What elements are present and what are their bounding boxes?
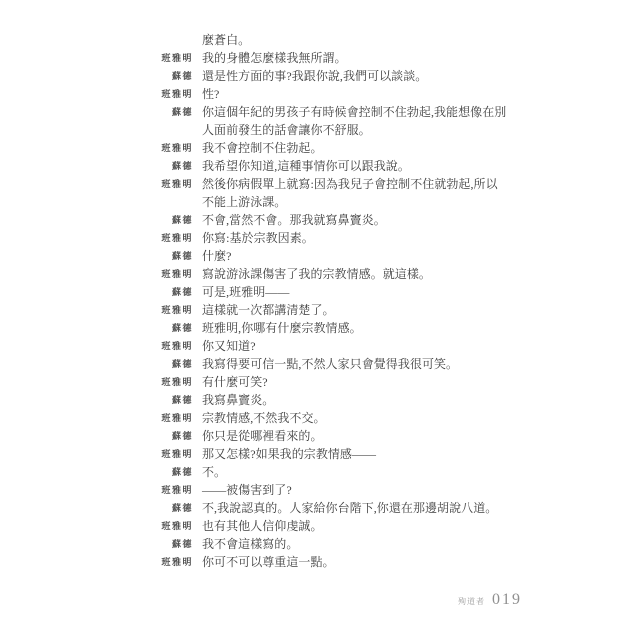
speaker-label: 蘇德 xyxy=(140,535,193,553)
dialogue-row: 麼蒼白。 xyxy=(140,31,560,49)
speaker-label: 班雅明 xyxy=(140,373,193,391)
speaker-label: 班雅明 xyxy=(140,49,193,67)
dialogue-row: 班雅明這樣就一次都講清楚了。 xyxy=(140,301,560,319)
dialogue-row: 班雅明你寫:基於宗教因素。 xyxy=(140,229,560,247)
speaker-label: 班雅明 xyxy=(140,301,193,319)
dialogue-text: 你寫:基於宗教因素。 xyxy=(202,229,558,247)
dialogue-text: 這樣就一次都講清楚了。 xyxy=(202,301,558,319)
dialogue-row: 蘇德什麼? xyxy=(140,247,560,265)
speaker-label: 蘇德 xyxy=(140,499,193,517)
speaker-label: 班雅明 xyxy=(140,553,193,571)
speaker-label: 班雅明 xyxy=(140,337,193,355)
dialogue-text: 我希望你知道,這種事情你可以跟我說。 xyxy=(202,157,558,175)
dialogue-row: 班雅明你又知道? xyxy=(140,337,560,355)
dialogue-row: 班雅明然後你病假單上就寫:因為我兒子會控制不住就勃起,所以 不能上游泳課。 xyxy=(140,175,560,211)
dialogue-row: 蘇德我希望你知道,這種事情你可以跟我說。 xyxy=(140,157,560,175)
dialogue-row: 蘇德你只是從哪裡看來的。 xyxy=(140,427,560,445)
dialogue-text: 你這個年紀的男孩子有時候會控制不住勃起,我能想像在別 人面前發生的話會讓你不舒服… xyxy=(202,103,558,139)
dialogue-text: 然後你病假單上就寫:因為我兒子會控制不住就勃起,所以 不能上游泳課。 xyxy=(202,175,558,211)
dialogue-text: 我不會這樣寫的。 xyxy=(202,535,558,553)
dialogue-row: 班雅明那又怎樣?如果我的宗教情感—— xyxy=(140,445,560,463)
dialogue-row: 班雅明寫說游泳課傷害了我的宗教情感。就這樣。 xyxy=(140,265,560,283)
dialogue-text: 不,我說認真的。人家給你台階下,你還在那邊胡說八道。 xyxy=(202,499,558,517)
book-title-footer: 殉道者 xyxy=(458,596,485,607)
dialogue-row: 班雅明宗教情感,不然我不交。 xyxy=(140,409,560,427)
book-page: 麼蒼白。 班雅明我的身體怎麼樣我無所謂。 蘇德還是性方面的事?我跟你說,我們可以… xyxy=(0,0,640,640)
dialogue-text: 可是,班雅明—— xyxy=(202,283,558,301)
dialogue-block: 麼蒼白。 班雅明我的身體怎麼樣我無所謂。 蘇德還是性方面的事?我跟你說,我們可以… xyxy=(140,31,560,571)
dialogue-text: 不。 xyxy=(202,463,558,481)
dialogue-row: 蘇德我寫得要可信一點,不然人家只會覺得我很可笑。 xyxy=(140,355,560,373)
dialogue-text: 我寫得要可信一點,不然人家只會覺得我很可笑。 xyxy=(202,355,558,373)
dialogue-text: 麼蒼白。 xyxy=(202,31,558,49)
speaker-label: 班雅明 xyxy=(140,175,193,193)
dialogue-row: 班雅明也有其他人信仰虔誠。 xyxy=(140,517,560,535)
page-footer: 殉道者 019 xyxy=(458,591,522,609)
speaker-label: 蘇德 xyxy=(140,247,193,265)
speaker-label: 蘇德 xyxy=(140,157,193,175)
dialogue-text: 班雅明,你哪有什麼宗教情感。 xyxy=(202,319,558,337)
speaker-label: 班雅明 xyxy=(140,409,193,427)
dialogue-row: 班雅明有什麼可笑? xyxy=(140,373,560,391)
speaker-label: 蘇德 xyxy=(140,319,193,337)
dialogue-row: 蘇德還是性方面的事?我跟你說,我們可以談談。 xyxy=(140,67,560,85)
dialogue-text: 你只是從哪裡看來的。 xyxy=(202,427,558,445)
dialogue-row: 蘇德可是,班雅明—— xyxy=(140,283,560,301)
speaker-label: 蘇德 xyxy=(140,427,193,445)
dialogue-text: 那又怎樣?如果我的宗教情感—— xyxy=(202,445,558,463)
dialogue-row: 班雅明我的身體怎麼樣我無所謂。 xyxy=(140,49,560,67)
dialogue-row: 蘇德不會,當然不會。那我就寫鼻竇炎。 xyxy=(140,211,560,229)
speaker-label: 蘇德 xyxy=(140,67,193,85)
dialogue-row: 蘇德我不會這樣寫的。 xyxy=(140,535,560,553)
speaker-label: 蘇德 xyxy=(140,391,193,409)
speaker-label: 蘇德 xyxy=(140,283,193,301)
dialogue-row: 班雅明你可不可以尊重這一點。 xyxy=(140,553,560,571)
dialogue-row: 蘇德我寫鼻竇炎。 xyxy=(140,391,560,409)
dialogue-row: 班雅明我不會控制不住勃起。 xyxy=(140,139,560,157)
speaker-label: 班雅明 xyxy=(140,139,193,157)
speaker-label: 班雅明 xyxy=(140,517,193,535)
dialogue-text: 宗教情感,不然我不交。 xyxy=(202,409,558,427)
dialogue-row: 蘇德不,我說認真的。人家給你台階下,你還在那邊胡說八道。 xyxy=(140,499,560,517)
dialogue-text: 你可不可以尊重這一點。 xyxy=(202,553,558,571)
dialogue-row: 班雅明——被傷害到了? xyxy=(140,481,560,499)
speaker-label: 蘇德 xyxy=(140,103,193,121)
dialogue-text: 你又知道? xyxy=(202,337,558,355)
speaker-label: 班雅明 xyxy=(140,265,193,283)
dialogue-text: ——被傷害到了? xyxy=(202,481,558,499)
speaker-label: 蘇德 xyxy=(140,211,193,229)
dialogue-row: 蘇德班雅明,你哪有什麼宗教情感。 xyxy=(140,319,560,337)
dialogue-text: 我的身體怎麼樣我無所謂。 xyxy=(202,49,558,67)
dialogue-row: 蘇德不。 xyxy=(140,463,560,481)
dialogue-text: 不會,當然不會。那我就寫鼻竇炎。 xyxy=(202,211,558,229)
dialogue-row: 蘇德你這個年紀的男孩子有時候會控制不住勃起,我能想像在別 人面前發生的話會讓你不… xyxy=(140,103,560,139)
speaker-label: 班雅明 xyxy=(140,85,193,103)
dialogue-text: 什麼? xyxy=(202,247,558,265)
dialogue-text: 也有其他人信仰虔誠。 xyxy=(202,517,558,535)
dialogue-text: 我寫鼻竇炎。 xyxy=(202,391,558,409)
speaker-label: 班雅明 xyxy=(140,445,193,463)
speaker-label: 蘇德 xyxy=(140,355,193,373)
speaker-label: 蘇德 xyxy=(140,463,193,481)
dialogue-text: 性? xyxy=(202,85,558,103)
dialogue-text: 還是性方面的事?我跟你說,我們可以談談。 xyxy=(202,67,558,85)
dialogue-text: 我不會控制不住勃起。 xyxy=(202,139,558,157)
page-number: 019 xyxy=(492,591,522,609)
speaker-label: 班雅明 xyxy=(140,229,193,247)
dialogue-row: 班雅明性? xyxy=(140,85,560,103)
speaker-label: 班雅明 xyxy=(140,481,193,499)
dialogue-text: 寫說游泳課傷害了我的宗教情感。就這樣。 xyxy=(202,265,558,283)
dialogue-text: 有什麼可笑? xyxy=(202,373,558,391)
